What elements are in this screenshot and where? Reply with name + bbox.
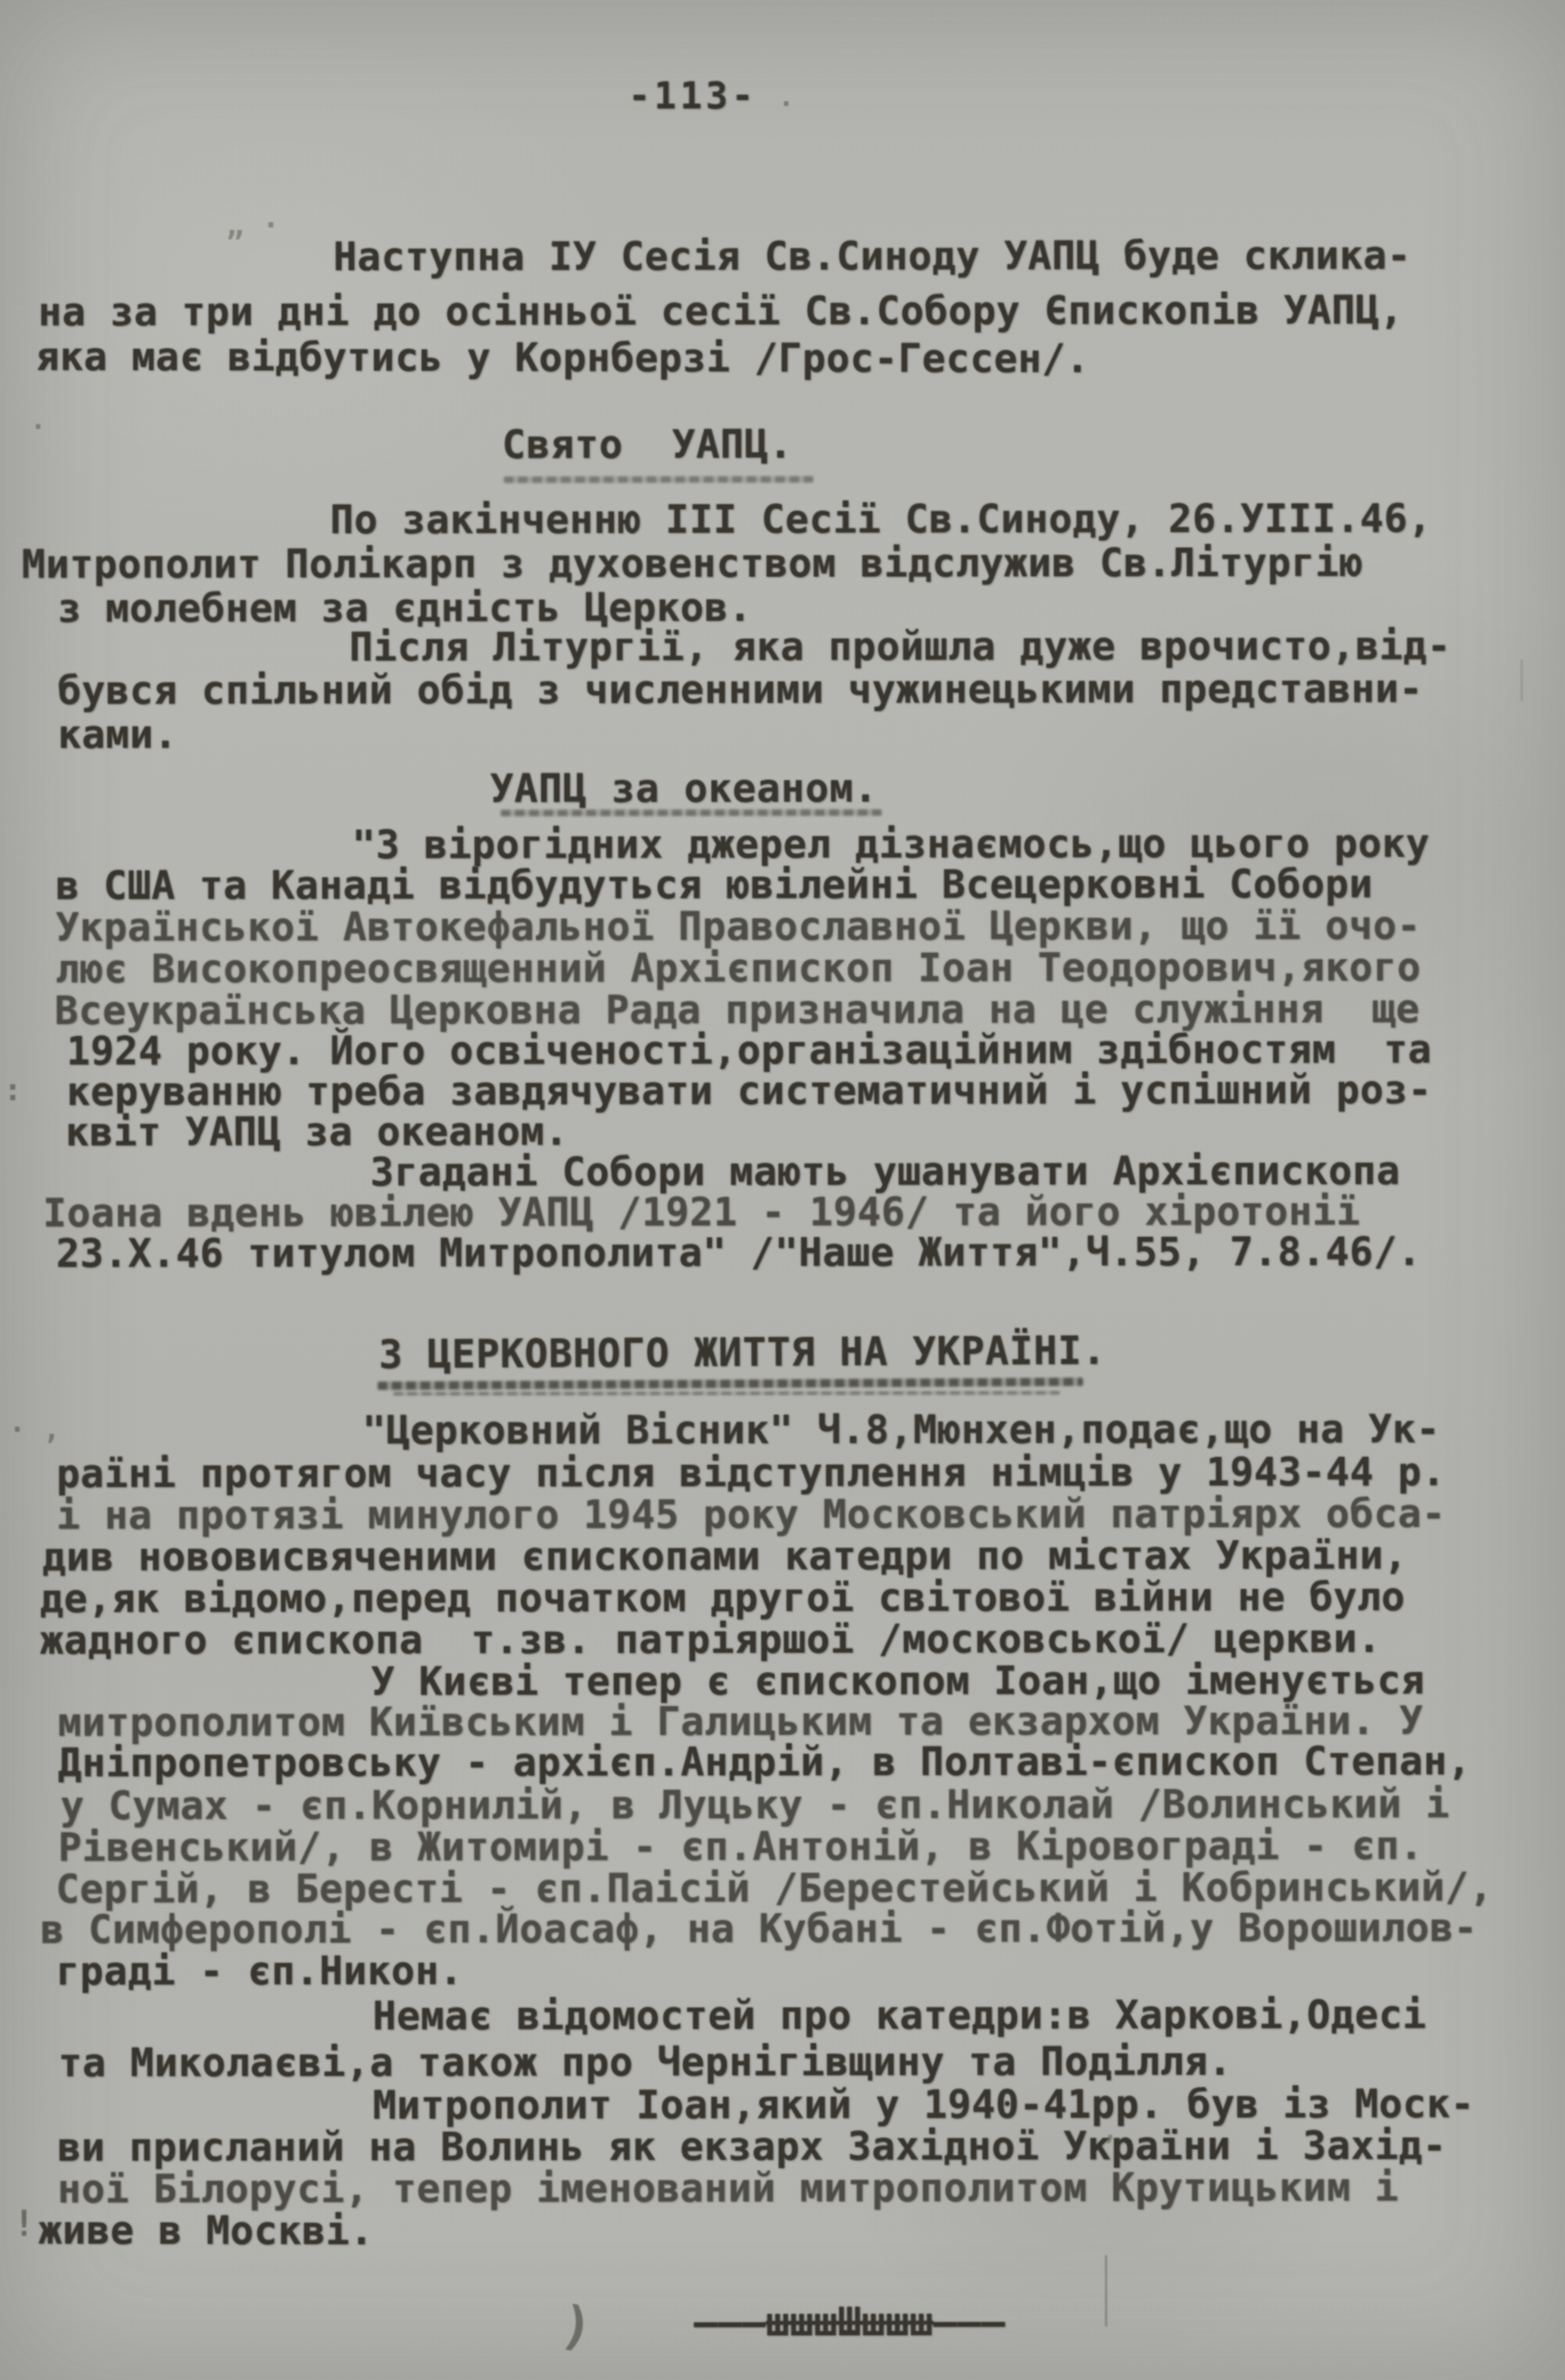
text-line: живе в Москві. (38, 2210, 373, 2251)
text-line: Української Автокефальної Православної Ц… (55, 905, 1421, 948)
text-line: на за три дні до осінньої сесії Св.Собор… (38, 290, 1404, 333)
text-line: див нововисвяченими єпископами катедри п… (42, 1535, 1408, 1578)
text-line: Митрополит Іоан,який у 1940-41рр. був із… (373, 2083, 1475, 2126)
text-line: у Сумах - єп.Корнилій, в Луцьку - єп.Ник… (60, 1783, 1450, 1827)
text-line: Рівенський/, в Житомирі - єп.Антоній, в … (58, 1825, 1423, 1868)
text-line: Немає відомостей про катедри:в Харкові,О… (373, 1994, 1426, 2037)
text-line: раїні протягом часу після відступлення н… (57, 1451, 1446, 1494)
text-line: ками. (58, 714, 177, 755)
text-line: У Києві тепер є єпископом Іоан,що іменує… (371, 1659, 1425, 1702)
ink-speck: ) (557, 2293, 597, 2359)
text-line: Дніпропетровську - архієп.Андрій, в Полт… (58, 1740, 1471, 1784)
text-line: з молебнем за єдність Церков. (58, 587, 752, 629)
text-line: жадного єпископа т.зв. патріяршої /моско… (40, 1618, 1381, 1661)
ink-speck: ! (13, 2203, 35, 2245)
section-heading-okeanom: УАПЦ за океаном. (490, 768, 878, 809)
text-line: в Симферополі - єп.Йоасаф, на Кубані - є… (40, 1907, 1477, 1950)
scan-content: -113- Наступна ІУ Сесія Св.Синоду УАПЦ б… (0, 0, 1565, 2380)
section-heading-svyato: Свято УАПЦ. (502, 424, 793, 465)
text-line: ви присланий на Волинь як екзарх Західно… (57, 2125, 1447, 2168)
divider-dashes-right: ——— (933, 2299, 1005, 2345)
text-line: "Церковний Вісник" Ч.8,Мюнхен,подає,що н… (363, 1408, 1441, 1451)
end-divider: ———шшшШшшш——— (598, 2260, 1005, 2380)
text-line: граді - єп.Никон. (56, 1950, 463, 1992)
text-line: митрополитом Київським і Галицьким та ек… (58, 1700, 1423, 1743)
divider-overstrike: шшшШшшш (766, 2299, 933, 2345)
text-line: "З вірогідних джерел дізнаємось,що цього… (352, 822, 1430, 865)
scanned-document-page: { "document": { "page_number": "-113-", … (0, 0, 1565, 2380)
text-line: керуванню треба завдячувати систематични… (67, 1069, 1432, 1112)
text-line: Сергій, в Бересті - єп.Паісій /Берестейс… (56, 1866, 1493, 1910)
text-line: квіт УАПЦ за океаном. (65, 1111, 568, 1153)
heading-underline (504, 476, 813, 483)
heading-underline (501, 809, 882, 817)
ink-speck: · , (9, 1413, 61, 1446)
text-line: лює Високопреосвященний Архієпископ Іоан… (55, 947, 1421, 990)
page-number: -113- (628, 76, 757, 115)
text-line: Після Літургії, яка пройшла дуже врочист… (349, 625, 1451, 668)
text-line: Всеукраїнська Церковна Рада призначила н… (55, 989, 1420, 1031)
ink-speck: · (778, 89, 794, 120)
ink-speck: „ · (226, 208, 280, 242)
text-line: і на протязі минулого 1945 року Московсь… (57, 1493, 1446, 1536)
text-line: 1924 року. Його освіченості,організаційн… (67, 1028, 1432, 1071)
text-line: бувся спільний обід з численними чужинец… (58, 668, 1423, 711)
divider-dashes-left: ——— (694, 2299, 766, 2345)
ink-speck: : (4, 1072, 22, 1108)
text-line: де,як відомо,перед початком другої світо… (40, 1577, 1405, 1619)
ink-speck: · (30, 411, 46, 443)
ink-speck: ʼ (1101, 2131, 1117, 2162)
text-line: По закінченню ІІІ Сесії Св.Синоду, 26.УІ… (330, 498, 1432, 540)
text-line: Митрополит Полікарп з духовенством відсл… (21, 542, 1363, 585)
text-line: Наступна ІУ Сесія Св.Синоду УАПЦ буде ск… (333, 235, 1411, 278)
heading-underline-echo (393, 1391, 1060, 1396)
text-line: 23.Х.46 титулом Митрополита" /"Наше Житт… (56, 1231, 1422, 1274)
text-line: ної Білорусі, тепер іменований митрополи… (57, 2167, 1398, 2210)
text-line: в США та Канаді відбудуться ювілейні Все… (55, 864, 1373, 906)
scan-scratch (1521, 659, 1523, 701)
text-line: Згадані Собори мають ушанувати Архієписк… (370, 1150, 1400, 1193)
text-line: та Миколаєві,а також про Чернігівщину та… (58, 2041, 1232, 2084)
text-line: Іоана вдень ювілею УАПЦ /1921 - 1946/ та… (43, 1191, 1360, 1234)
heading-underline (377, 1378, 1083, 1390)
section-heading-ukraina: З ЦЕРКОВНОГО ЖИТТЯ НА УКРАЇНІ. (379, 1330, 1106, 1375)
text-line: яка має відбутись у Корнберзі /Грос-Гесс… (36, 336, 1090, 380)
scan-scratch (1105, 2255, 1107, 2326)
